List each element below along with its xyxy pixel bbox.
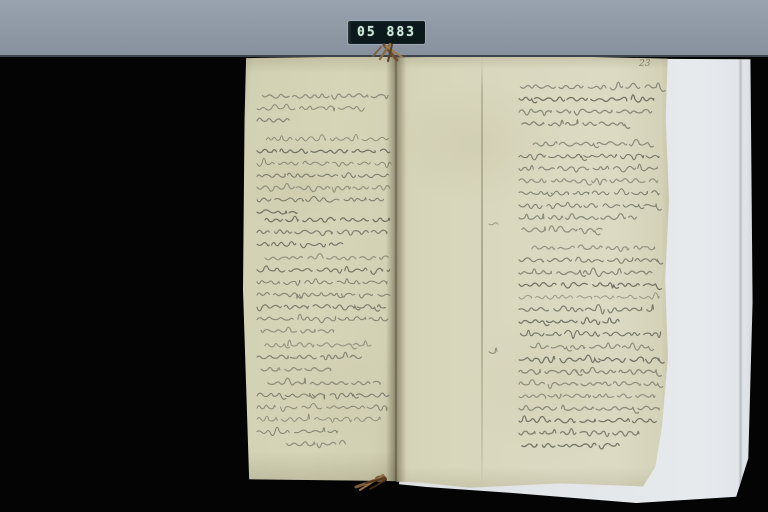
counter-digits: 05 883 xyxy=(357,25,416,40)
image-counter-plate: 05 883 xyxy=(348,21,425,44)
folio-number: 23 xyxy=(639,59,650,69)
photo-backdrop: 05 883 23 xyxy=(0,0,768,512)
underlying-sheet-edge xyxy=(481,58,483,488)
left-page xyxy=(243,56,397,481)
color-reference-bar: 05 883 xyxy=(0,0,768,57)
right-page: 23 xyxy=(396,56,669,493)
book-spine-gutter xyxy=(386,56,406,482)
